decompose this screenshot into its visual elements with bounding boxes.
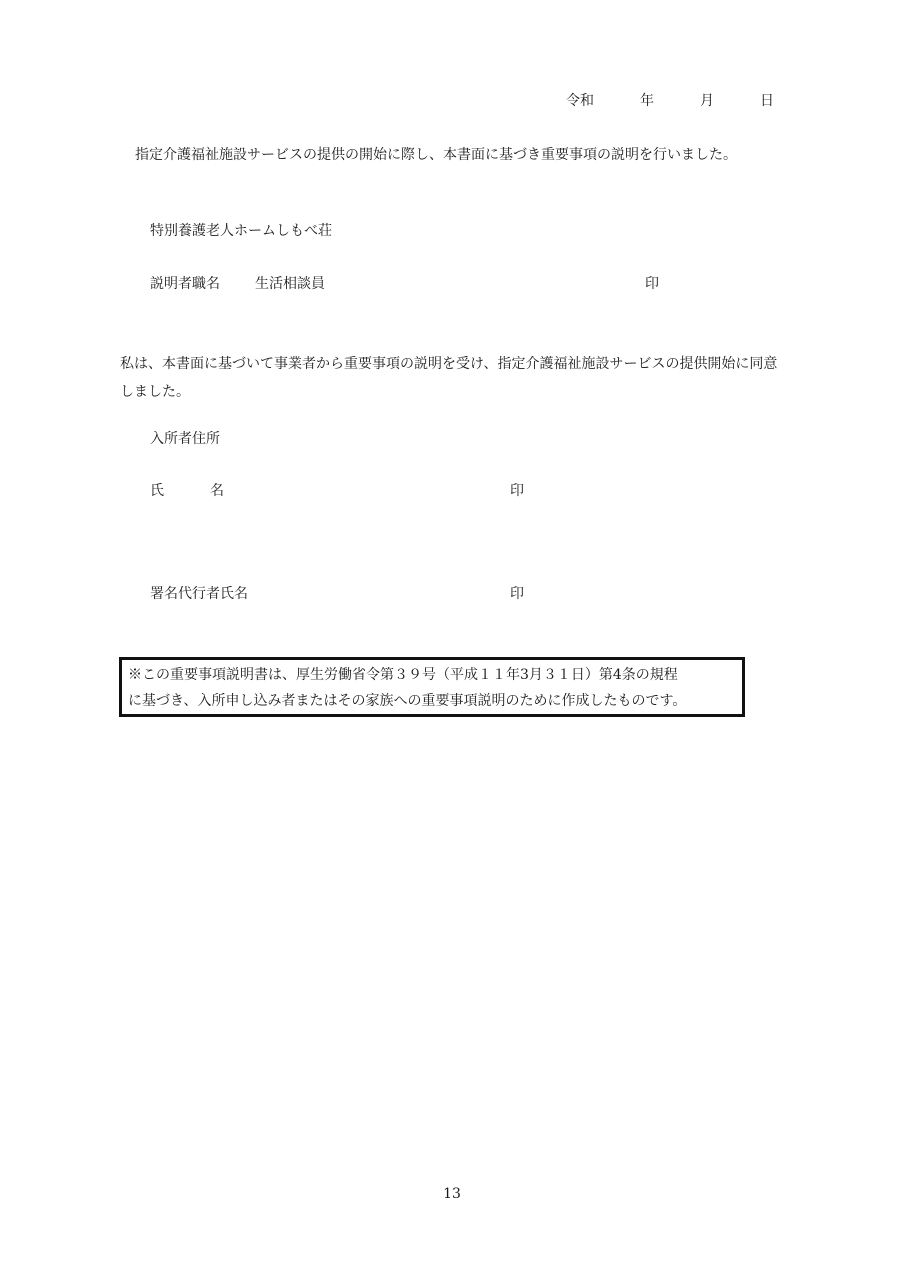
notice-box: ※この重要事項説明書は、厚生労働省令第３９号（平成１１年3月３１日）第4条の規程…	[119, 657, 745, 717]
date-month-label: 月	[700, 91, 714, 111]
explanation-statement: 指定介護福祉施設サービスの提供の開始に際し、本書面に基づき重要事項の説明を行いま…	[135, 145, 737, 165]
date-line: 令和年月日	[566, 91, 774, 111]
consent-statement: 私は、本書面に基づいて事業者から重要事項の説明を受け、指定介護福祉施設サービスの…	[120, 350, 780, 406]
proxy-signer-label: 署名代行者氏名	[150, 584, 248, 604]
page-number: 13	[0, 1184, 904, 1204]
date-year-label: 年	[640, 91, 654, 111]
date-era: 令和	[566, 91, 594, 111]
resident-address-label: 入所者住所	[150, 429, 220, 449]
explainer-seal-mark: 印	[645, 274, 659, 294]
explainer-role: 生活相談員	[255, 274, 325, 294]
notice-line-1: ※この重要事項説明書は、厚生労働省令第３９号（平成１１年3月３１日）第4条の規程	[128, 662, 738, 688]
resident-seal-mark: 印	[510, 481, 524, 501]
explainer-title-label: 説明者職名	[150, 274, 220, 294]
date-day-label: 日	[760, 91, 774, 111]
name-label-part2: 名	[210, 483, 224, 499]
notice-line-2: に基づき、入所申し込み者またはその家族への重要事項説明のために作成したものです。	[128, 688, 738, 714]
name-label-part1: 氏	[150, 483, 164, 499]
resident-name-label: 氏名	[150, 481, 224, 501]
proxy-seal-mark: 印	[510, 584, 524, 604]
facility-name: 特別養護老人ホームしもべ荘	[150, 221, 332, 241]
